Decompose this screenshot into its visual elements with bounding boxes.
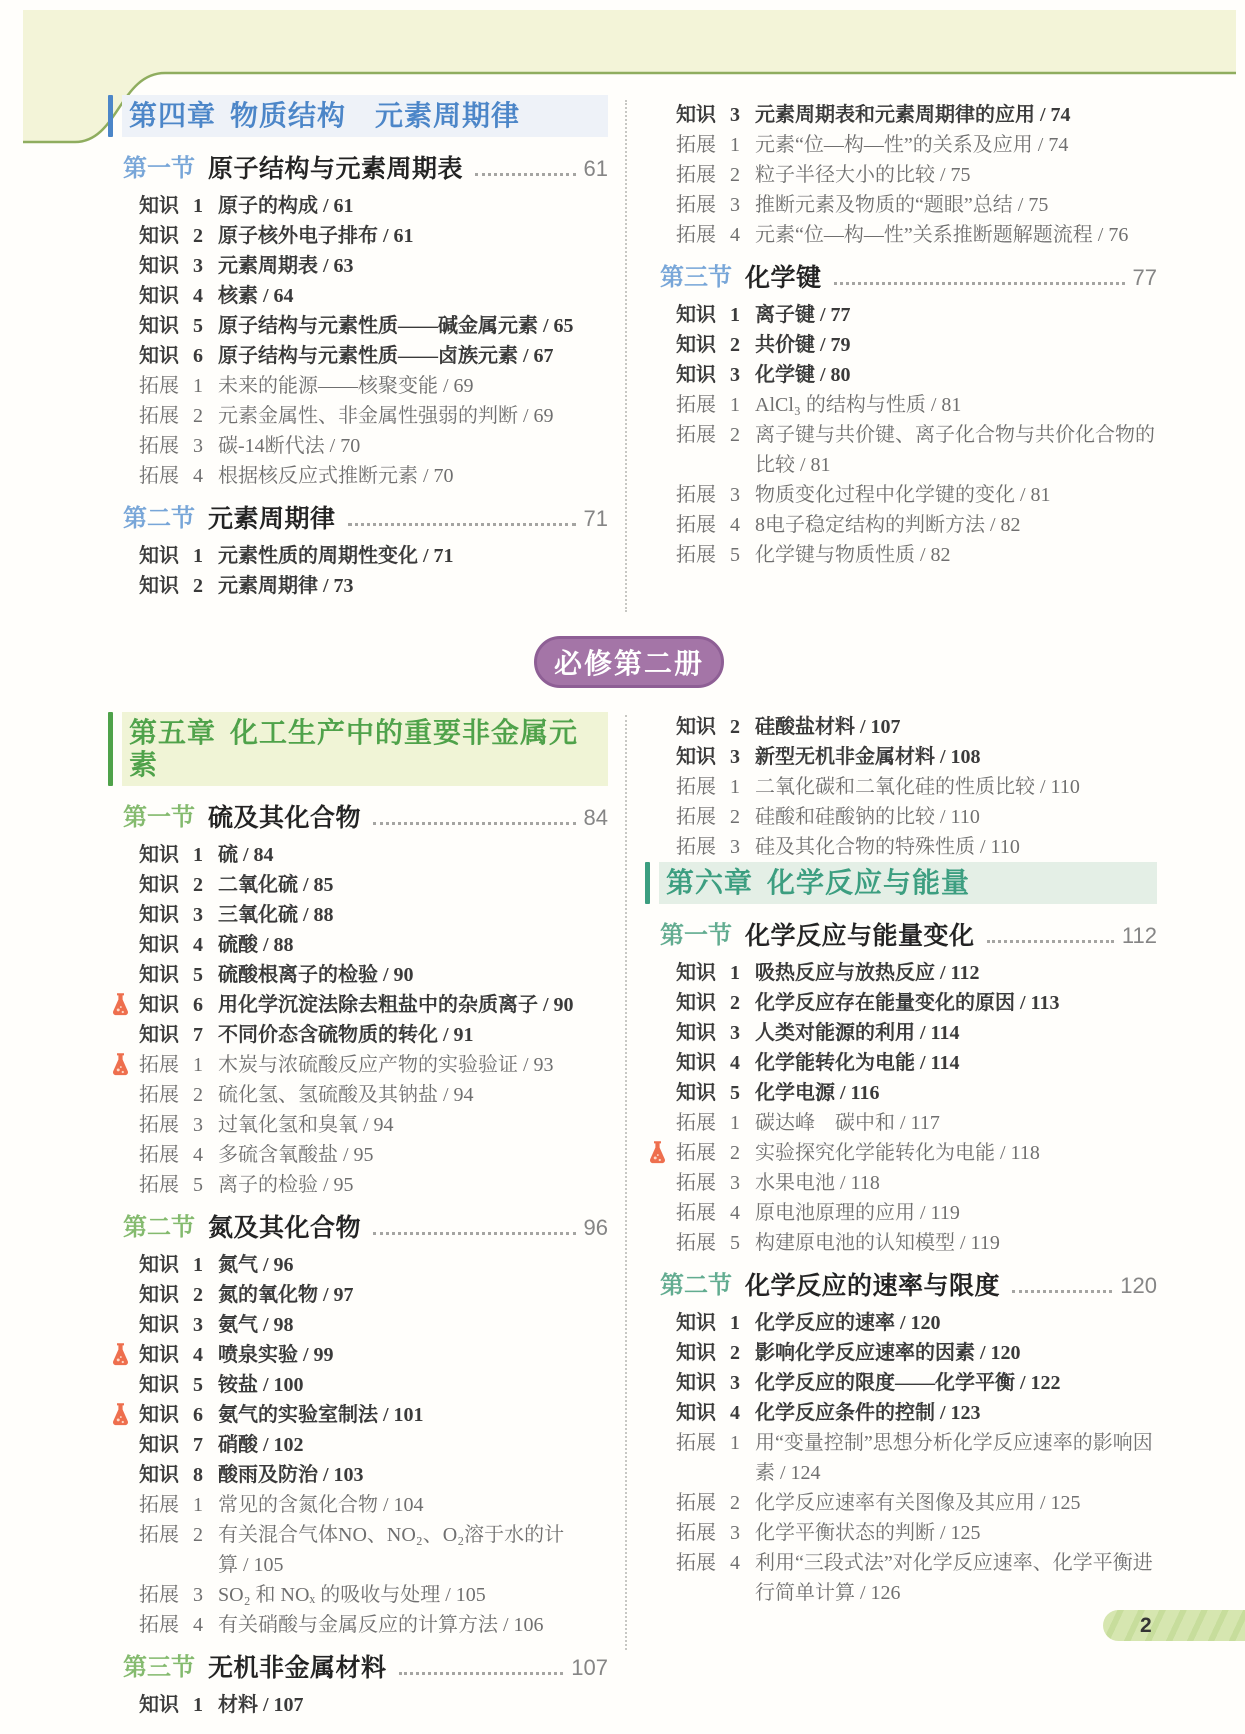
item-page-number: / 113 — [1015, 992, 1059, 1014]
item-title: 材料 / 107 — [218, 1690, 608, 1720]
item-label: 拓展1 — [676, 1108, 740, 1138]
item-number: 5 — [193, 1170, 203, 1200]
toc-item: 知识3元素周期表 / 63 — [108, 251, 608, 281]
item-page-number: / 116 — [835, 1082, 879, 1104]
item-kind: 知识 — [139, 1460, 179, 1490]
flask-icon — [110, 1052, 131, 1077]
item-label: 知识2 — [139, 870, 203, 900]
dotted-leader — [348, 523, 576, 526]
item-title: 化学能转化为电能 / 114 — [755, 1048, 1157, 1078]
item-label: 知识2 — [139, 221, 203, 251]
item-number: 2 — [730, 1338, 740, 1368]
item-title: 有关硝酸与金属反应的计算方法 / 106 — [218, 1610, 608, 1640]
item-page-number: / 77 — [815, 304, 851, 326]
item-page-number: / 69 — [518, 405, 554, 427]
item-number: 1 — [730, 1428, 740, 1458]
icon-slot — [645, 772, 676, 774]
item-page-number: / 119 — [915, 1202, 960, 1224]
item-title: 铵盐 / 100 — [218, 1370, 608, 1400]
icon-slot — [645, 480, 676, 482]
item-label: 知识6 — [139, 990, 203, 1020]
item-title: 化学平衡状态的判断 / 125 — [755, 1518, 1157, 1548]
item-title: 硫酸 / 88 — [218, 930, 608, 960]
item-number: 2 — [730, 802, 740, 832]
section-page-number: 107 — [571, 1652, 608, 1684]
item-number: 4 — [193, 461, 203, 491]
toc-item: 拓展4根据核反应式推断元素 / 70 — [108, 461, 608, 491]
item-number: 4 — [730, 1198, 740, 1228]
item-title: 元素周期表和元素周期律的应用 / 74 — [755, 100, 1157, 130]
toc-item: 拓展1AlCl₃ 的结构与性质 / 81 — [645, 390, 1157, 420]
item-title: 不同价态含硫物质的转化 / 91 — [218, 1020, 608, 1050]
item-number: 3 — [730, 832, 740, 862]
toc-item: 知识2硅酸盐材料 / 107 — [645, 712, 1157, 742]
toc-item: 知识6氨气的实验室制法 / 101 — [108, 1400, 608, 1430]
item-page-number: / 81 — [795, 454, 831, 476]
icon-slot — [645, 802, 676, 804]
toc-item: 知识5铵盐 / 100 — [108, 1370, 608, 1400]
section-title: 原子结构与元素周期表 — [208, 153, 463, 185]
item-title: 化学键 / 80 — [755, 360, 1157, 390]
icon-slot — [108, 1370, 139, 1372]
item-page-number: / 82 — [985, 514, 1021, 536]
item-kind: 知识 — [676, 1398, 716, 1428]
toc-item: 知识6用化学沉淀法除去粗盐中的杂质离子 / 90 — [108, 990, 608, 1020]
item-label: 知识3 — [676, 742, 740, 772]
item-title: 根据核反应式推断元素 / 70 — [218, 461, 608, 491]
item-label: 知识2 — [676, 1338, 740, 1368]
section-header: 第三节无机非金属材料107 — [123, 1652, 608, 1684]
item-page-number: / 88 — [298, 904, 334, 926]
dotted-leader — [834, 282, 1125, 285]
item-page-number: / 123 — [935, 1402, 981, 1424]
item-kind: 拓展 — [676, 1548, 716, 1578]
item-label: 拓展3 — [139, 1110, 203, 1140]
item-label: 知识1 — [139, 1250, 203, 1280]
item-kind: 拓展 — [139, 431, 179, 461]
item-kind: 拓展 — [676, 480, 716, 510]
item-page-number: / 110 — [975, 836, 1020, 858]
toc-item: 拓展1未来的能源——核聚变能 / 69 — [108, 371, 608, 401]
icon-slot — [645, 1108, 676, 1110]
item-title: 构建原电池的认知模型 / 119 — [755, 1228, 1157, 1258]
toc-item: 拓展1常见的含氮化合物 / 104 — [108, 1490, 608, 1520]
item-label: 知识1 — [139, 191, 203, 221]
item-title: 硫化氢、氢硫酸及其钠盐 / 94 — [218, 1080, 608, 1110]
toc-item: 知识2化学反应存在能量变化的原因 / 113 — [645, 988, 1157, 1018]
item-kind: 知识 — [676, 360, 716, 390]
item-label: 知识2 — [676, 988, 740, 1018]
item-title: 二氧化碳和二氧化硅的性质比较 / 110 — [755, 772, 1157, 802]
icon-slot — [108, 461, 139, 463]
item-label: 拓展2 — [139, 1080, 203, 1110]
icon-slot — [108, 1310, 139, 1312]
item-page-number: / 94 — [358, 1114, 394, 1136]
item-page-number: / 61 — [318, 195, 354, 217]
toc-item: 知识2氮的氧化物 / 97 — [108, 1280, 608, 1310]
item-title: 粒子半径大小的比较 / 75 — [755, 160, 1157, 190]
icon-slot — [108, 1140, 139, 1142]
item-page-number: / 117 — [895, 1112, 940, 1134]
item-label: 知识7 — [139, 1020, 203, 1050]
icon-slot — [108, 431, 139, 433]
icon-slot — [645, 1398, 676, 1400]
item-kind: 拓展 — [676, 1228, 716, 1258]
icon-slot — [645, 220, 676, 222]
item-page-number: / 108 — [935, 746, 981, 768]
item-number: 4 — [730, 1548, 740, 1578]
item-label: 知识3 — [139, 900, 203, 930]
item-kind: 拓展 — [676, 832, 716, 862]
item-number: 5 — [730, 540, 740, 570]
item-kind: 知识 — [139, 1430, 179, 1460]
item-title: 木炭与浓硫酸反应产物的实验验证 / 93 — [218, 1050, 608, 1080]
item-number: 1 — [730, 390, 740, 420]
item-number: 5 — [730, 1228, 740, 1258]
item-label: 知识1 — [139, 1690, 203, 1720]
item-number: 3 — [730, 360, 740, 390]
item-label: 知识5 — [139, 960, 203, 990]
item-number: 8 — [193, 1460, 203, 1490]
toc-item: 拓展2粒子半径大小的比较 / 75 — [645, 160, 1157, 190]
item-kind: 知识 — [139, 1400, 179, 1430]
item-label: 知识1 — [676, 1308, 740, 1338]
item-page-number: / 107 — [258, 1694, 304, 1716]
item-page-number: / 90 — [378, 964, 414, 986]
item-number: 4 — [193, 1340, 203, 1370]
item-number: 4 — [730, 510, 740, 540]
flask-slot — [108, 1400, 139, 1427]
item-label: 拓展3 — [139, 1580, 203, 1610]
item-number: 2 — [193, 1080, 203, 1110]
item-label: 拓展1 — [676, 1428, 740, 1458]
toc-item: 拓展4原电池原理的应用 / 119 — [645, 1198, 1157, 1228]
item-title: 碳达峰 碳中和 / 117 — [755, 1108, 1157, 1138]
icon-slot — [108, 1020, 139, 1022]
item-label: 拓展1 — [676, 772, 740, 802]
flask-icon — [647, 1140, 668, 1165]
item-title: 硅及其化合物的特殊性质 / 110 — [755, 832, 1157, 862]
item-label: 拓展3 — [676, 1168, 740, 1198]
item-kind: 拓展 — [139, 401, 179, 431]
toc-item: 拓展1木炭与浓硫酸反应产物的实验验证 / 93 — [108, 1050, 608, 1080]
item-kind: 拓展 — [676, 540, 716, 570]
item-kind: 知识 — [676, 1368, 716, 1398]
item-kind: 知识 — [676, 958, 716, 988]
item-page-number: / 70 — [418, 465, 454, 487]
item-number: 4 — [730, 1398, 740, 1428]
item-page-number: / 81 — [926, 394, 962, 416]
flask-slot — [108, 990, 139, 1017]
item-title: 化学键与物质性质 / 82 — [755, 540, 1157, 570]
item-label: 知识3 — [676, 1018, 740, 1048]
section-title: 化学反应的速率与限度 — [745, 1270, 1000, 1302]
item-kind: 拓展 — [676, 1428, 716, 1458]
item-page-number: / 110 — [1035, 776, 1080, 798]
icon-slot — [108, 221, 139, 223]
toc-item: 拓展1二氧化碳和二氧化硅的性质比较 / 110 — [645, 772, 1157, 802]
item-label: 拓展1 — [139, 1490, 203, 1520]
item-title: 碳-14断代法 / 70 — [218, 431, 608, 461]
icon-slot — [645, 742, 676, 744]
item-label: 拓展2 — [676, 1488, 740, 1518]
item-kind: 知识 — [139, 870, 179, 900]
icon-slot — [108, 1110, 139, 1112]
toc-item: 拓展4利用“三段式法”对化学反应速率、化学平衡进行简单计算 / 126 — [645, 1548, 1157, 1608]
item-number: 1 — [730, 1108, 740, 1138]
section-number: 第三节 — [660, 262, 732, 294]
item-label: 拓展2 — [676, 420, 740, 450]
chapter-bar — [108, 712, 113, 786]
toc-item: 知识1材料 / 107 — [108, 1690, 608, 1720]
item-label: 知识6 — [139, 341, 203, 371]
item-title: 二氧化硫 / 85 — [218, 870, 608, 900]
item-page-number: / 84 — [238, 844, 274, 866]
chapter-title: 第四章物质结构 元素周期律 — [122, 95, 608, 137]
icon-slot — [108, 341, 139, 343]
item-page-number: / 94 — [438, 1084, 474, 1106]
toc-item: 知识1化学反应的速率 / 120 — [645, 1308, 1157, 1338]
item-title: 元素性质的周期性变化 / 71 — [218, 541, 608, 571]
icon-slot — [645, 1048, 676, 1050]
item-title: 元素周期表 / 63 — [218, 251, 608, 281]
item-label: 拓展4 — [139, 1610, 203, 1640]
item-page-number: / 67 — [518, 345, 554, 367]
item-label: 知识3 — [139, 251, 203, 281]
icon-slot — [108, 251, 139, 253]
item-page-number: / 97 — [318, 1284, 354, 1306]
item-title: 离子键 / 77 — [755, 300, 1157, 330]
flask-icon — [110, 1402, 131, 1427]
item-number: 3 — [730, 100, 740, 130]
dotted-leader — [399, 1672, 564, 1675]
item-page-number: / 75 — [1013, 194, 1049, 216]
item-label: 知识2 — [676, 712, 740, 742]
item-page-number: / 114 — [915, 1022, 959, 1044]
item-kind: 拓展 — [139, 1110, 179, 1140]
chapter-name: 化学反应与能量 — [767, 867, 970, 898]
item-kind: 拓展 — [139, 1580, 179, 1610]
icon-slot — [108, 1430, 139, 1432]
item-kind: 拓展 — [139, 1140, 179, 1170]
section-title: 氮及其化合物 — [208, 1212, 361, 1244]
icon-slot — [645, 1308, 676, 1310]
section-header: 第二节元素周期律71 — [123, 503, 608, 535]
icon-slot — [108, 900, 139, 902]
item-number: 7 — [193, 1430, 203, 1460]
item-number: 4 — [730, 1048, 740, 1078]
item-kind: 拓展 — [676, 220, 716, 250]
flask-slot — [108, 1050, 139, 1077]
item-number: 5 — [193, 311, 203, 341]
item-kind: 拓展 — [676, 1518, 716, 1548]
item-kind: 拓展 — [676, 1108, 716, 1138]
item-page-number: / 64 — [258, 285, 294, 307]
item-number: 3 — [730, 742, 740, 772]
icon-slot — [108, 541, 139, 543]
toc-page: 第四章物质结构 元素周期律第一节原子结构与元素周期表61知识1原子的构成 / 6… — [0, 0, 1245, 1734]
item-page-number: / 124 — [775, 1462, 821, 1484]
item-page-number: / 99 — [298, 1344, 334, 1366]
item-kind: 拓展 — [676, 190, 716, 220]
toc-item: 知识4化学能转化为电能 / 114 — [645, 1048, 1157, 1078]
item-number: 3 — [730, 1168, 740, 1198]
item-page-number: / 104 — [378, 1494, 424, 1516]
item-title: 元素周期律 / 73 — [218, 571, 608, 601]
column-left-bottom: 第五章化工生产中的重要非金属元素第一节硫及其化合物84知识1硫 / 84知识2二… — [108, 712, 608, 1720]
icon-slot — [108, 1460, 139, 1462]
toc-item: 知识2影响化学反应速率的因素 / 120 — [645, 1338, 1157, 1368]
item-kind: 知识 — [139, 1020, 179, 1050]
toc-item: 知识4化学反应条件的控制 / 123 — [645, 1398, 1157, 1428]
item-number: 2 — [193, 1520, 203, 1550]
item-kind: 知识 — [139, 1370, 179, 1400]
section-page-number: 77 — [1133, 262, 1157, 294]
toc-item: 知识2共价键 / 79 — [645, 330, 1157, 360]
item-title: 元素“位—构—性”关系推断题解题流程 / 76 — [755, 220, 1157, 250]
toc-item: 拓展5化学键与物质性质 / 82 — [645, 540, 1157, 570]
item-page-number: / 76 — [1093, 224, 1129, 246]
item-title: AlCl₃ 的结构与性质 / 81 — [755, 390, 1157, 420]
item-title: 多硫含氧酸盐 / 95 — [218, 1140, 608, 1170]
item-label: 知识4 — [676, 1398, 740, 1428]
item-title: 实验探究化学能转化为电能 / 118 — [755, 1138, 1157, 1168]
item-label: 拓展1 — [676, 390, 740, 420]
section-number: 第三节 — [123, 1652, 195, 1684]
item-kind: 知识 — [139, 990, 179, 1020]
item-kind: 知识 — [676, 988, 716, 1018]
item-number: 1 — [193, 1250, 203, 1280]
item-label: 拓展2 — [139, 1520, 203, 1550]
toc-item: 知识3三氧化硫 / 88 — [108, 900, 608, 930]
section-number: 第二节 — [123, 503, 195, 535]
item-number: 2 — [730, 160, 740, 190]
item-kind: 知识 — [139, 1250, 179, 1280]
item-page-number: / 73 — [318, 575, 354, 597]
item-title: 喷泉实验 / 99 — [218, 1340, 608, 1370]
item-number: 3 — [193, 1110, 203, 1140]
item-number: 1 — [193, 371, 203, 401]
item-title: 化学反应存在能量变化的原因 / 113 — [755, 988, 1157, 1018]
icon-slot — [645, 1198, 676, 1200]
chapter-title: 第六章化学反应与能量 — [659, 862, 1157, 904]
dotted-leader — [987, 940, 1114, 943]
item-number: 2 — [730, 1488, 740, 1518]
item-number: 4 — [193, 1140, 203, 1170]
toc-item: 知识3新型无机非金属材料 / 108 — [645, 742, 1157, 772]
item-number: 2 — [730, 988, 740, 1018]
item-label: 拓展4 — [676, 220, 740, 250]
item-page-number: / 100 — [258, 1374, 304, 1396]
item-page-number: / 63 — [318, 255, 354, 277]
icon-slot — [645, 420, 676, 422]
item-number: 1 — [193, 1690, 203, 1720]
section-number: 第二节 — [123, 1212, 195, 1244]
item-kind: 知识 — [139, 251, 179, 281]
item-page-number: / 103 — [318, 1464, 364, 1486]
item-title: 化学反应条件的控制 / 123 — [755, 1398, 1157, 1428]
item-label: 知识2 — [139, 571, 203, 601]
item-page-number: / 95 — [338, 1144, 374, 1166]
item-kind: 知识 — [676, 1338, 716, 1368]
toc-item: 拓展3硅及其化合物的特殊性质 / 110 — [645, 832, 1157, 862]
item-label: 知识4 — [139, 1340, 203, 1370]
toc-item: 拓展2离子键与共价键、离子化合物与共价化合物的比较 / 81 — [645, 420, 1157, 480]
column-right-top: 知识3元素周期表和元素周期律的应用 / 74拓展1元素“位—构—性”的关系及应用… — [645, 100, 1157, 570]
toc-item: 拓展3化学平衡状态的判断 / 125 — [645, 1518, 1157, 1548]
section-page-number: 84 — [584, 802, 608, 834]
icon-slot — [108, 1490, 139, 1492]
item-title: 元素“位—构—性”的关系及应用 / 74 — [755, 130, 1157, 160]
flask-icon — [110, 1342, 131, 1367]
item-kind: 拓展 — [139, 461, 179, 491]
item-number: 1 — [193, 840, 203, 870]
item-page-number: / 125 — [935, 1522, 981, 1544]
item-page-number: / 120 — [895, 1312, 941, 1334]
item-number: 3 — [730, 1518, 740, 1548]
item-title: 硅酸盐材料 / 107 — [755, 712, 1157, 742]
section-number: 第一节 — [123, 153, 195, 185]
item-number: 7 — [193, 1020, 203, 1050]
item-title: SO₂ 和 NOₓ 的吸收与处理 / 105 — [218, 1580, 608, 1610]
item-number: 3 — [193, 431, 203, 461]
icon-slot — [108, 1690, 139, 1692]
toc-item: 知识3化学键 / 80 — [645, 360, 1157, 390]
icon-slot — [108, 960, 139, 962]
dotted-leader — [1012, 1290, 1112, 1293]
item-title: 共价键 / 79 — [755, 330, 1157, 360]
icon-slot — [645, 1338, 676, 1340]
item-page-number: / 119 — [955, 1232, 1000, 1254]
section-title: 化学反应与能量变化 — [745, 920, 975, 952]
item-page-number: / 74 — [1035, 104, 1071, 126]
item-kind: 知识 — [139, 1310, 179, 1340]
toc-item: 拓展4有关硝酸与金属反应的计算方法 / 106 — [108, 1610, 608, 1640]
chapter-number: 第六章 — [666, 867, 753, 898]
toc-item: 知识2二氧化硫 / 85 — [108, 870, 608, 900]
item-title: 三氧化硫 / 88 — [218, 900, 608, 930]
item-number: 1 — [193, 1490, 203, 1520]
item-number: 3 — [193, 1580, 203, 1610]
item-kind: 知识 — [139, 571, 179, 601]
item-page-number: / 71 — [418, 545, 454, 567]
column-divider-bottom — [625, 715, 627, 1650]
item-title: 原子的构成 / 61 — [218, 191, 608, 221]
item-page-number: / 74 — [1033, 134, 1069, 156]
icon-slot — [645, 1518, 676, 1520]
icon-slot — [108, 401, 139, 403]
item-title: 化学反应的限度——化学平衡 / 122 — [755, 1368, 1157, 1398]
icon-slot — [108, 1580, 139, 1582]
item-number: 2 — [193, 870, 203, 900]
item-kind: 知识 — [139, 541, 179, 571]
item-title: 原子结构与元素性质——碱金属元素 / 65 — [218, 311, 608, 341]
item-kind: 拓展 — [676, 420, 716, 450]
section-header: 第三节化学键77 — [660, 262, 1157, 294]
icon-slot — [645, 1548, 676, 1550]
item-number: 1 — [730, 772, 740, 802]
icon-slot — [645, 958, 676, 960]
item-title: 过氧化氢和臭氧 / 94 — [218, 1110, 608, 1140]
item-page-number: / 118 — [835, 1172, 880, 1194]
toc-item: 拓展4元素“位—构—性”关系推断题解题流程 / 76 — [645, 220, 1157, 250]
item-number: 1 — [193, 541, 203, 571]
item-page-number: / 93 — [518, 1054, 554, 1076]
item-kind: 知识 — [139, 311, 179, 341]
item-title: 吸热反应与放热反应 / 112 — [755, 958, 1157, 988]
item-label: 拓展2 — [676, 802, 740, 832]
icon-slot — [645, 1228, 676, 1230]
